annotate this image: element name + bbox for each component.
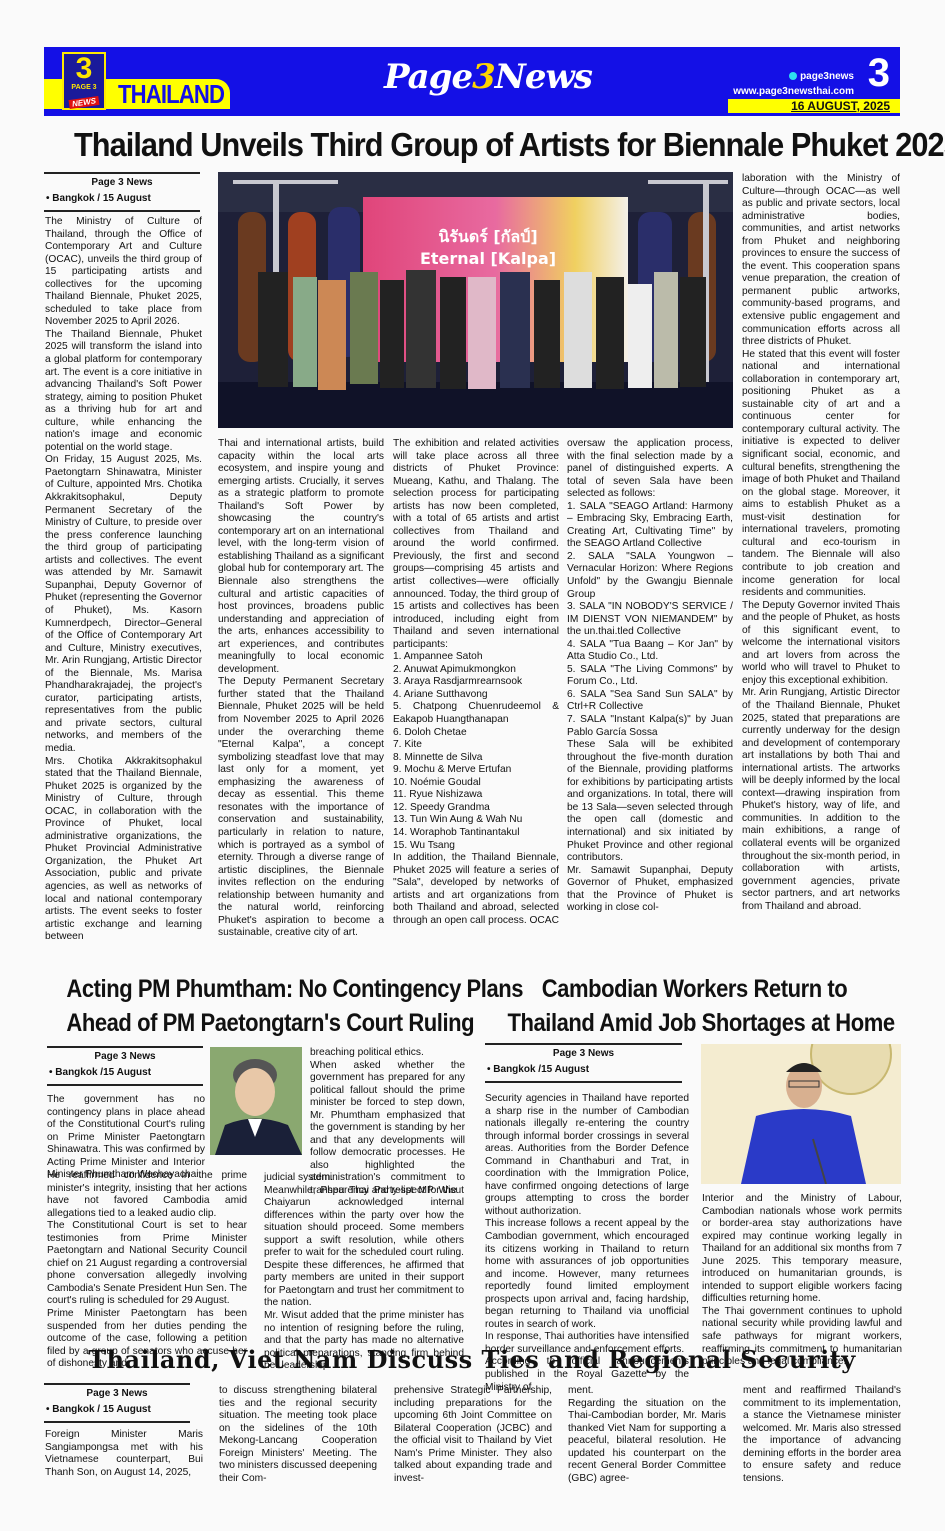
article4-column-3: prehensive Strategic Partnership, includ…: [394, 1385, 552, 1485]
article2-byline: Page 3 News • Bangkok /15 August: [47, 1046, 203, 1086]
article3-headline-line2: Thailand Amid Job Shortages at Home: [508, 1006, 882, 1040]
byline-dateline: • Bangkok / 15 August: [44, 190, 200, 208]
artist-item: 14. Woraphob Tantinantakul: [393, 827, 559, 840]
article3-headline-line1: Cambodian Workers Return to: [508, 972, 882, 1006]
artist-item: 9. Mochu & Merve Ertufan: [393, 764, 559, 777]
paragraph: Mrs. Chotika Akkrakitsophakul stated tha…: [45, 756, 202, 944]
sala-item: 6. SALA "Sea Sand Sun SALA" by Ctrl+R Co…: [567, 689, 733, 714]
logo-number: 3: [64, 54, 104, 84]
page-number: 3: [868, 51, 890, 95]
paragraph: The Constitutional Court is set to hear …: [47, 1220, 247, 1308]
edition-label: THAILAND: [118, 79, 224, 109]
article2-headline-line2: Ahead of PM Paetongtarn's Court Ruling: [66, 1006, 453, 1040]
article4-headline: Thailand, Viet Nam Discuss Ties and Regi…: [44, 1343, 900, 1377]
portrait-illustration: [210, 1047, 302, 1155]
paragraph: oversaw the application process, with th…: [567, 438, 733, 501]
artist-item: 15. Wu Tsang: [393, 840, 559, 853]
article1-column-2: Thai and international artists, build ca…: [218, 438, 384, 940]
masthead: 3 PAGE 3 NEWS THAILAND Page3News page3ne…: [44, 47, 900, 113]
paragraph: The Ministry of Culture of Thailand, thr…: [45, 216, 202, 329]
artist-item: 8. Minnette de Silva: [393, 752, 559, 765]
paragraph: Regarding the situation on the Thai-Camb…: [568, 1398, 726, 1486]
portrait-illustration: [701, 1044, 901, 1184]
byline-dateline: • Bangkok / 15 August: [44, 1401, 190, 1419]
paragraph: to discuss strengthening bilateral ties …: [219, 1385, 377, 1485]
paragraph: The Deputy Governor invited Thais and th…: [742, 600, 900, 688]
paragraph: Interior and the Ministry of Labour, Cam…: [702, 1193, 902, 1306]
paragraph: The government has no contingency plans …: [47, 1094, 205, 1182]
paragraph: Meanwhile, Pheu Thai Party-list MP Wisut…: [264, 1185, 464, 1310]
svg-text:นิรันดร์ [กัลป์]: นิรันดร์ [กัลป์]: [438, 227, 537, 246]
paragraph: The Thailand Biennale, Phuket 2025 will …: [45, 329, 202, 454]
paragraph: Mr. Samawit Supanphai, Deputy Governor o…: [567, 865, 733, 915]
article2-column-1-top: The government has no contingency plans …: [47, 1094, 205, 1182]
svg-text:Eternal [Kalpa]: Eternal [Kalpa]: [420, 249, 556, 268]
paragraph: Foreign Minister Maris Sangiampongsa met…: [45, 1429, 203, 1479]
artist-item: 10. Noémie Goudal: [393, 777, 559, 790]
paragraph: ment and reaffirmed Thailand's commitmen…: [743, 1385, 901, 1485]
byline-source: Page 3 News: [485, 1047, 682, 1061]
sala-list: 1. SALA "SEAGO Artland: Harmony – Embrac…: [567, 501, 733, 739]
sala-item: 2. SALA "SALA Youngwon – Vernacular Hori…: [567, 551, 733, 601]
byline-dateline: • Bangkok /15 August: [485, 1061, 682, 1079]
article4-byline: Page 3 News • Bangkok / 15 August: [44, 1383, 190, 1423]
stage-photo-illustration: นิรันดร์ [กัลป์] Eternal [Kalpa]: [218, 172, 733, 428]
sala-item: 3. SALA "IN NOBODY'S SERVICE / IM DIENST…: [567, 601, 733, 639]
byline-dateline: • Bangkok /15 August: [47, 1064, 203, 1082]
article1-column-4: oversaw the application process, with th…: [567, 438, 733, 915]
paragraph: prehensive Strategic Partnership, includ…: [394, 1385, 552, 1485]
brand-post: News: [495, 57, 592, 97]
article4-column-5: ment and reaffirmed Thailand's commitmen…: [743, 1385, 901, 1485]
article1-column-1: The Ministry of Culture of Thailand, thr…: [45, 216, 202, 944]
artist-item: 1. Ampannee Satoh: [393, 651, 559, 664]
paragraph: He stated that this event will foster na…: [742, 349, 900, 600]
social-handle-text: page3news: [800, 71, 854, 82]
paragraph: judicial system.: [264, 1172, 464, 1185]
byline-source: Page 3 News: [44, 176, 200, 190]
byline-source: Page 3 News: [44, 1387, 190, 1401]
artist-item: 5. Chatpong Chuenrudeemol & Eakapob Huan…: [393, 701, 559, 726]
article4-column-2: to discuss strengthening bilateral ties …: [219, 1385, 377, 1485]
newspaper-page: 3 PAGE 3 NEWS THAILAND Page3News page3ne…: [0, 0, 945, 1531]
article3-byline: Page 3 News • Bangkok /15 August: [485, 1043, 682, 1083]
artist-item: 11. Ryue Nishizawa: [393, 789, 559, 802]
artist-item: 6. Doloh Chetae: [393, 727, 559, 740]
paragraph: breaching political ethics.: [310, 1047, 465, 1060]
social-handle[interactable]: page3news: [789, 71, 854, 82]
paragraph: This increase follows a recent appeal by…: [485, 1218, 689, 1331]
paragraph: The exhibition and related activities wi…: [393, 438, 559, 651]
issue-date: 16 AUGUST, 2025: [791, 99, 890, 113]
page3-logo: 3 PAGE 3 NEWS: [62, 52, 106, 110]
paragraph: ment.: [568, 1385, 726, 1398]
artist-item: 3. Araya Rasdjarmrearnsook: [393, 676, 559, 689]
paragraph: Security agencies in Thailand have repor…: [485, 1093, 689, 1218]
paragraph: The Deputy Permanent Secretary further s…: [218, 676, 384, 939]
sala-item: 5. SALA "The Living Commons" by Forum Co…: [567, 664, 733, 689]
paragraph: laboration with the Ministry of Culture—…: [742, 173, 900, 349]
paragraph: Mr. Arin Rungjang, Artistic Director of …: [742, 687, 900, 913]
paragraph: On Friday, 15 August 2025, Ms. Paetongta…: [45, 454, 202, 755]
artist-item: 13. Tun Win Aung & Wah Nu: [393, 814, 559, 827]
brand-title: Page3News: [384, 55, 592, 99]
social-dot-icon: [789, 72, 797, 80]
paragraph: Thai and international artists, build ca…: [218, 438, 384, 676]
sala-item: 1. SALA "SEAGO Artland: Harmony – Embrac…: [567, 501, 733, 551]
artist-item: 12. Speedy Grandma: [393, 802, 559, 815]
brand-pre: Page: [384, 57, 472, 97]
logo-sub: PAGE 3: [64, 84, 104, 92]
brand-number: 3: [472, 57, 495, 97]
article1-photo: นิรันดร์ [กัลป์] Eternal [Kalpa]: [218, 172, 733, 428]
article1-byline: Page 3 News • Bangkok / 15 August: [44, 172, 200, 212]
artist-item: 4. Ariane Sutthavong: [393, 689, 559, 702]
sala-item: 7. SALA "Instant Kalpa(s)" by Juan Pablo…: [567, 714, 733, 739]
official-portrait: [701, 1044, 901, 1184]
artist-item: 2. Anuwat Apimukmongkon: [393, 664, 559, 677]
paragraph: These Sala will be exhibited throughout …: [567, 739, 733, 864]
article2-column-1-bottom: He reaffirmed confidence in the prime mi…: [47, 1170, 247, 1371]
logo-news-badge: NEWS: [69, 96, 100, 109]
article2-headline-line1: Acting PM Phumtham: No Contingency Plans: [66, 972, 453, 1006]
artist-list: 1. Ampannee Satoh 2. Anuwat Apimukmongko…: [393, 651, 559, 852]
article4-column-1: Foreign Minister Maris Sangiampongsa met…: [45, 1429, 203, 1479]
article1-column-5: laboration with the Ministry of Culture—…: [742, 173, 900, 913]
paragraph: In addition, the Thailand Biennale, Phuk…: [393, 852, 559, 927]
byline-source: Page 3 News: [47, 1050, 203, 1064]
article4-column-4: ment. Regarding the situation on the Tha…: [568, 1385, 726, 1485]
artist-item: 7. Kite: [393, 739, 559, 752]
article1-headline: Thailand Unveils Third Group of Artists …: [74, 122, 870, 168]
sala-item: 4. SALA "Tua Baang – Kor Jan" by Atta St…: [567, 639, 733, 664]
website-link[interactable]: www.page3newsthai.com: [733, 86, 854, 97]
article1-column-3: The exhibition and related activities wi…: [393, 438, 559, 927]
phumtham-portrait: [210, 1047, 302, 1155]
masthead-rule: [44, 113, 900, 116]
paragraph: He reaffirmed confidence in the prime mi…: [47, 1170, 247, 1220]
